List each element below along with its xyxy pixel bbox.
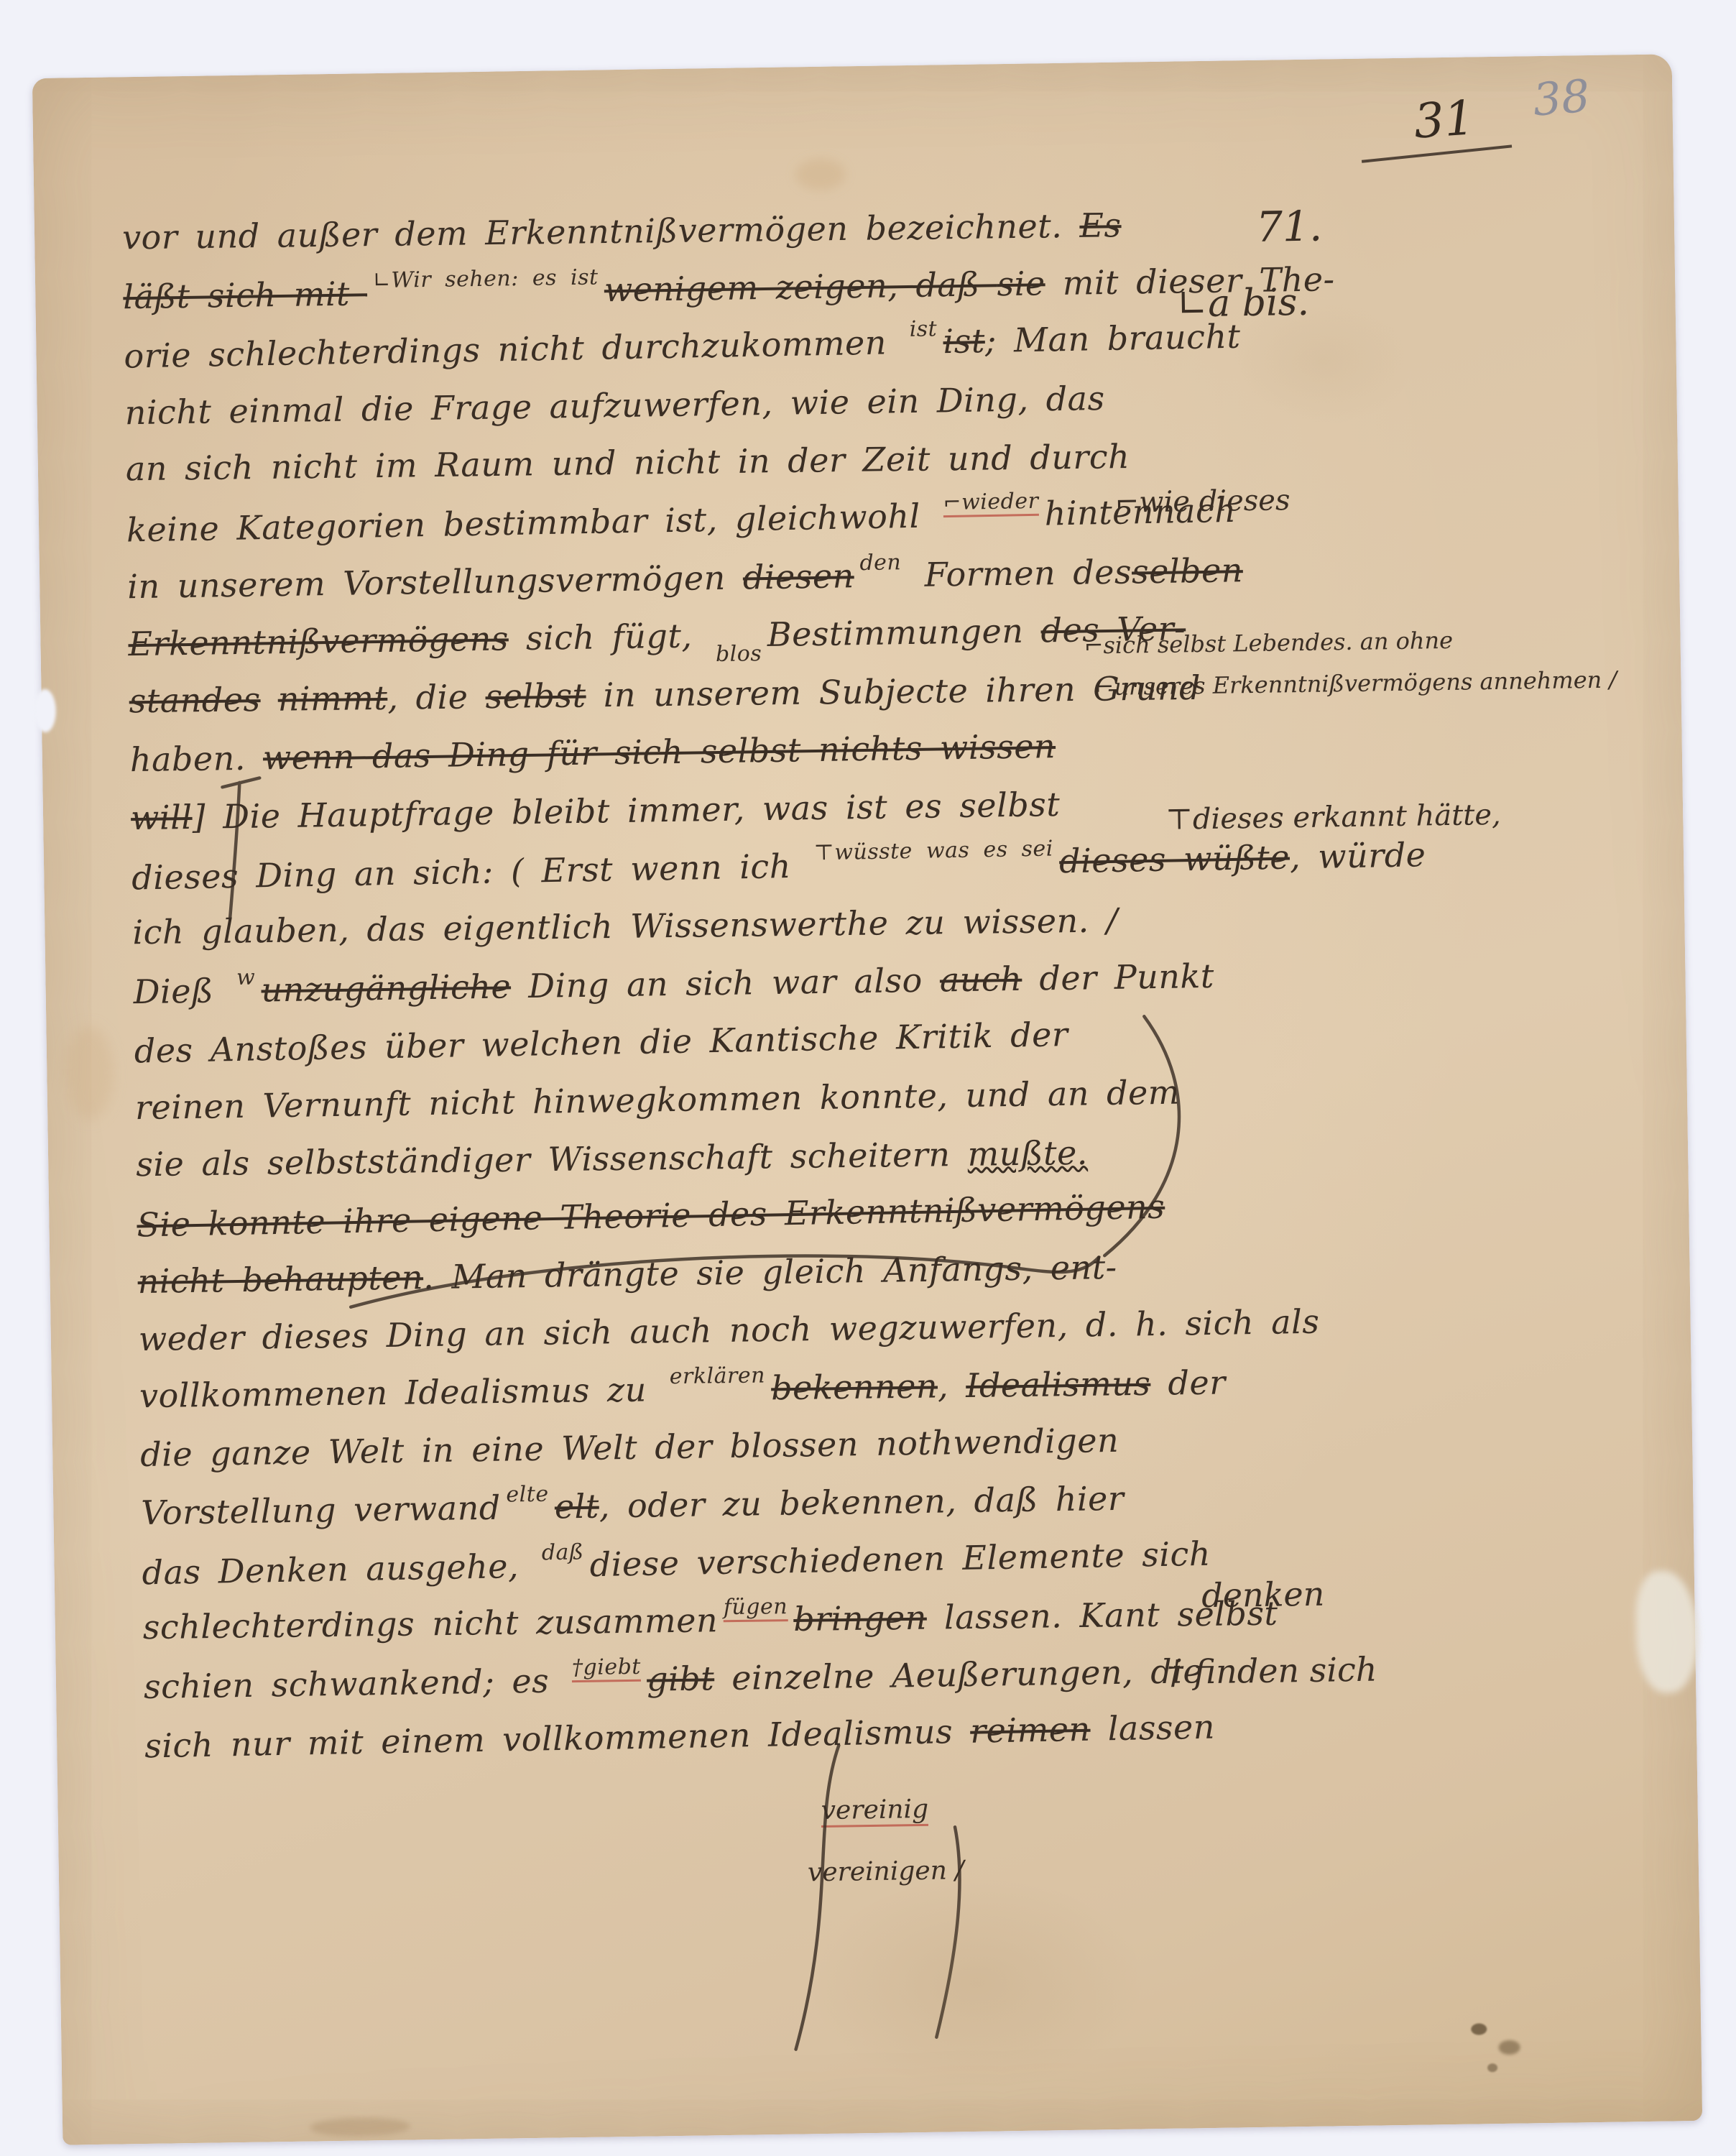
bottom-insert-stroke-left	[791, 1746, 843, 2050]
handwriting-text: ,	[938, 1366, 966, 1405]
handwriting-text: das Denken ausgehe,	[142, 1546, 536, 1592]
struck-text: ist	[943, 321, 985, 361]
scan-background: { "page": { "ink_folio": "31", "pencil_f…	[0, 0, 1736, 2156]
struck-text: selbst	[485, 676, 586, 716]
inserted-text-above: ⊤wüsste was es sei	[813, 836, 1053, 865]
handwriting-text: vor und außer dem Erkenntnißvermögen bez…	[122, 206, 1080, 257]
paper-stain	[310, 2117, 410, 2137]
margin-note: 71.	[1256, 201, 1323, 251]
handwriting-text: Formen des	[907, 552, 1132, 594]
inserted-text-below: blos	[716, 641, 762, 667]
paper-chip	[34, 689, 56, 732]
struck-text: sie	[997, 264, 1045, 303]
struck-text: wenigem zeigen, daß	[604, 264, 997, 309]
handwriting-text: schlechterdings nicht zusammen	[142, 1601, 718, 1647]
inserted-text-above: den	[859, 550, 901, 576]
handwriting-text: der Punkt	[1022, 957, 1214, 998]
struck-text: elt	[554, 1487, 599, 1526]
handwriting-text: Ding an sich war also	[511, 960, 941, 1005]
inserted-text-above: ist	[909, 316, 937, 342]
struck-text: dieses wüßte	[1059, 837, 1291, 880]
paper-stain	[1499, 2040, 1520, 2055]
paper-stain	[806, 1873, 1147, 2093]
struck-text: bringen	[793, 1598, 927, 1639]
underlined-text: mußte.	[967, 1133, 1088, 1173]
struck-text: nicht behaupten	[137, 1258, 423, 1301]
struck-text: nimmt	[277, 678, 387, 719]
margin-note: vereinig	[821, 1795, 928, 1828]
struck-text: diesen	[742, 556, 854, 596]
handwriting-text: der	[1150, 1363, 1226, 1402]
handwriting-text: lassen	[1090, 1708, 1215, 1749]
handwriting-text: , würde	[1289, 835, 1426, 876]
margin-annotations: 71.∟a bis.⌐wie dieses⌐sich selbst Lebend…	[32, 54, 1672, 78]
struck-text: will	[131, 798, 193, 837]
paper-stain	[65, 1026, 114, 1120]
paper-stain	[1471, 2023, 1487, 2035]
handwriting-text: Bestimmungen	[767, 612, 1041, 655]
struck-text: gibt	[647, 1659, 715, 1698]
handwriting-text: haben.	[129, 739, 263, 780]
struck-text: Es	[1079, 206, 1122, 245]
struck-text: läßt sich mit	[123, 274, 368, 316]
paper-stain	[1487, 2063, 1497, 2072]
struck-text: standes	[129, 680, 261, 720]
struck-text: bekennen	[771, 1366, 938, 1407]
ink-folio-number: 31	[1412, 90, 1476, 149]
inserted-text-above: fügen	[724, 1594, 788, 1622]
margin-note: denken	[1201, 1575, 1325, 1616]
pencil-folio-number: 38	[1530, 69, 1592, 126]
handwriting-text: , die	[387, 677, 486, 717]
inserted-text-above: erklären	[670, 1363, 766, 1389]
margin-note: ⌐sich selbst Lebendes. an ohne	[1084, 627, 1453, 660]
handwriting-text: Dieß	[133, 971, 231, 1011]
struck-text: Idealismus	[966, 1364, 1151, 1405]
margin-note: ⌐wie dieses	[1114, 484, 1290, 520]
handwriting-text: schien schwankend; es	[144, 1661, 567, 1706]
margin-note: vereinigen /	[808, 1856, 964, 1887]
margin-note: ⊤dieses erkannt hätte,	[1165, 798, 1501, 837]
struck-text: selben	[1132, 550, 1244, 591]
inserted-text-above: ∟Wir sehen: es ist	[373, 264, 599, 293]
handwriting-text: einzelne Aeußerungen, die	[714, 1651, 1204, 1697]
handwriting-text: sich fügt,	[508, 616, 710, 658]
handwriting-text: , oder zu bekennen, daß hier	[599, 1479, 1124, 1526]
struck-text: reimen	[970, 1710, 1091, 1751]
manuscript-page: 31 38 vor und außer dem Erkenntnißvermög…	[32, 54, 1702, 2145]
manuscript-text-block: vor und außer dem Erkenntnißvermögen bez…	[122, 203, 1223, 1783]
handwriting-text	[260, 680, 278, 719]
margin-note: ∟a bis.	[1176, 281, 1309, 326]
paper-stain	[795, 158, 846, 190]
inserted-text-above: daß	[541, 1539, 583, 1565]
struck-text: Erkenntnißvermögens	[128, 619, 509, 663]
margin-note: † finden sich	[1166, 1650, 1377, 1692]
inserted-text-above: ⌐wieder	[943, 489, 1039, 517]
paper-chip	[1635, 1570, 1699, 1693]
inserted-text-above: w	[236, 964, 256, 990]
inserted-text-above: elte	[506, 1482, 549, 1508]
inserted-text-above: †giebt	[572, 1654, 641, 1682]
handwriting-text: vollkommenen Idealismus zu	[139, 1370, 665, 1415]
struck-text: unzugängliche	[261, 967, 511, 1009]
handwriting-text: Vorstellung verwand	[141, 1488, 501, 1532]
struck-text: auch	[939, 959, 1022, 1000]
